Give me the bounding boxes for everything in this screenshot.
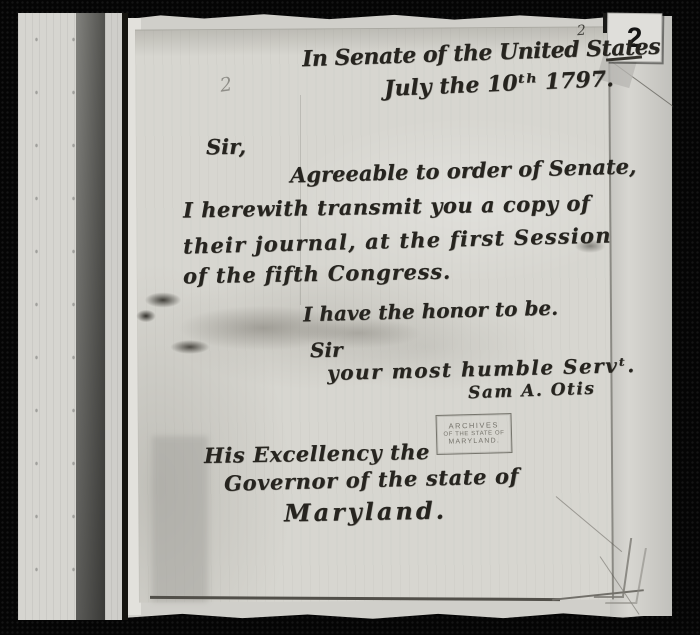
film-strip-shadow bbox=[76, 13, 105, 620]
backing-right-margin bbox=[610, 16, 672, 616]
film-strip-outer bbox=[18, 13, 76, 620]
salutation: Sir, bbox=[206, 134, 246, 160]
stamp-line-3: MARYLAND. bbox=[448, 437, 500, 447]
microfilm-scan: 2 2 2 In Senate of the United States Jul… bbox=[0, 0, 700, 635]
closing-line-2: Sir bbox=[310, 338, 343, 363]
film-strip-inner bbox=[105, 13, 122, 620]
archives-stamp: ARCHIVES OF THE STATE OF MARYLAND. bbox=[435, 413, 512, 455]
lower-left-shadow bbox=[152, 436, 208, 602]
body-line-4: of the fifth Congress. bbox=[183, 259, 451, 289]
address-line-3: Maryland. bbox=[284, 496, 447, 528]
address-line-1: His Excellency the bbox=[204, 439, 430, 468]
